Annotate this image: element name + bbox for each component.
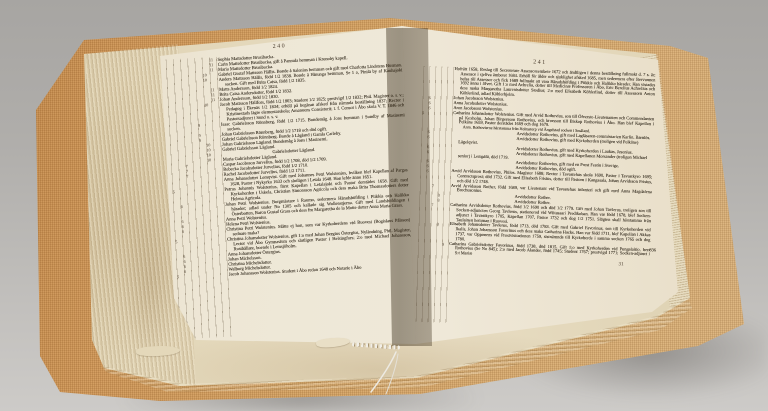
- margin-number: 836: [655, 248, 656, 253]
- left-page-text: 240 11 Sophia Mattsdotter Brusibacka. 11…: [158, 37, 413, 279]
- right-entry-list: Hofrätt 1658, förslag till Secreterare A…: [418, 66, 656, 262]
- left-entry-list: 11 Sophia Mattsdotter Brusibacka. 11 Car…: [159, 47, 413, 279]
- binding-thread-icon: [356, 348, 426, 404]
- right-page-text: 241 Hofrätt 1658, förslag till Secretera…: [418, 56, 656, 269]
- photo-of-open-book: 240 11 Sophia Mattsdotter Brusibacka. 11…: [0, 0, 768, 411]
